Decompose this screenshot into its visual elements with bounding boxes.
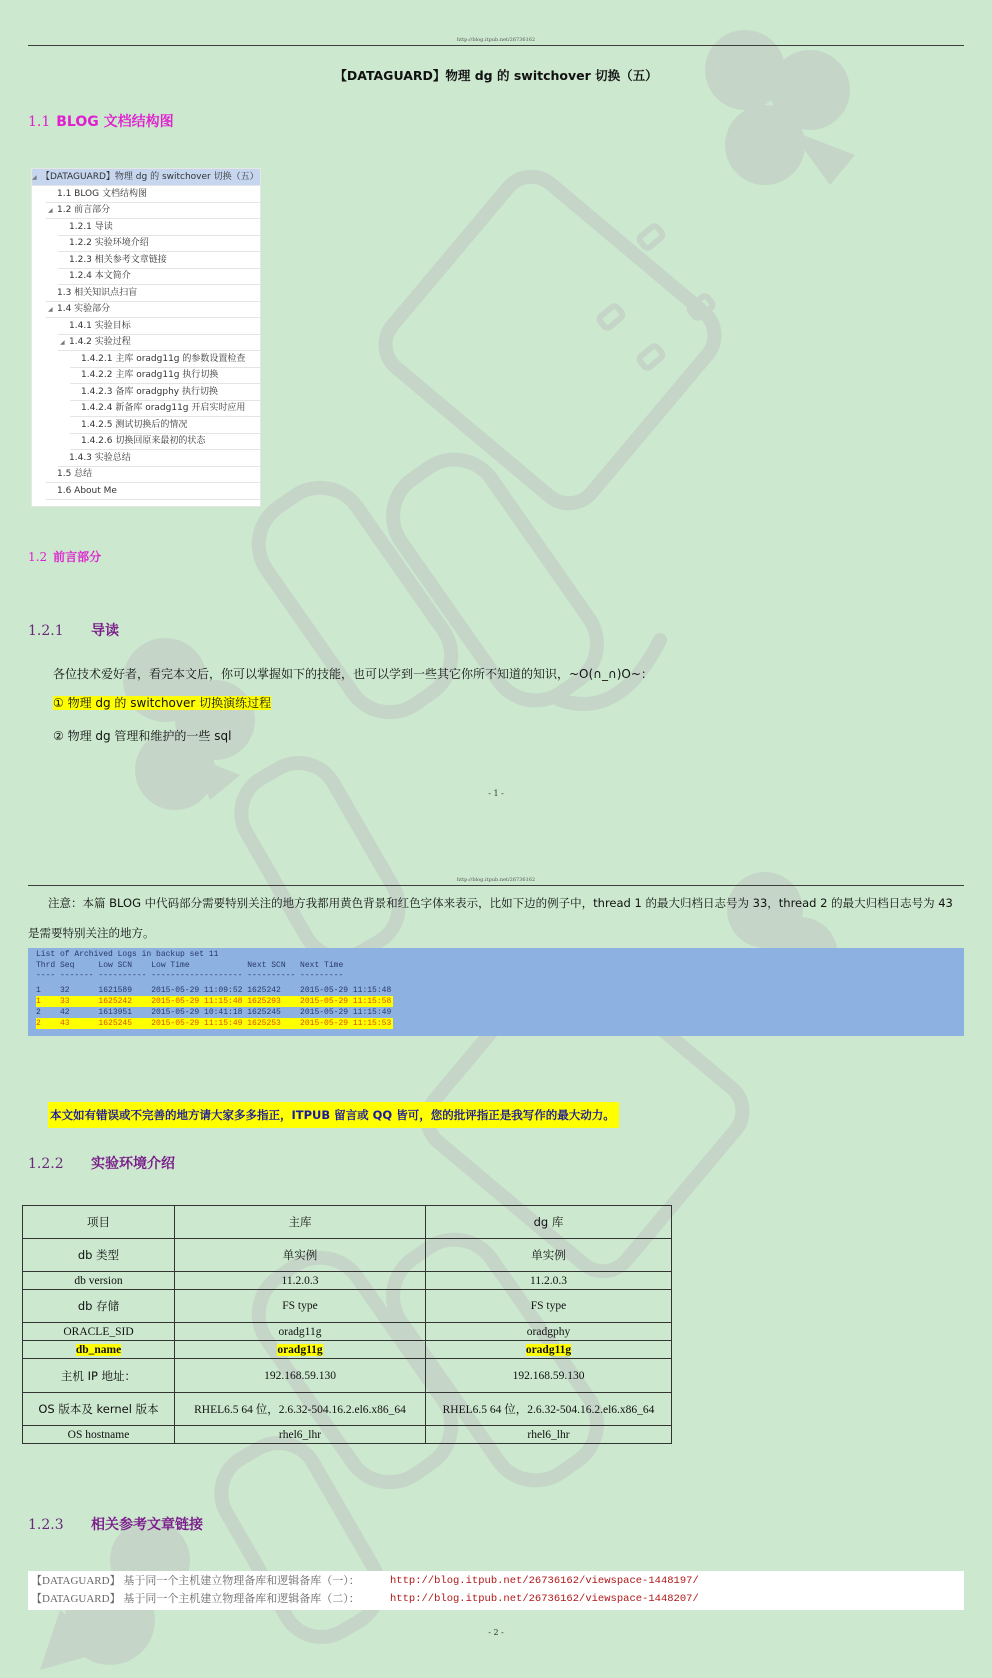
- table-header-cell: 主库: [175, 1206, 426, 1239]
- reference-link-url[interactable]: http://blog.itpub.net/26736162/viewspace…: [390, 1572, 699, 1590]
- table-cell: oradg11g: [175, 1323, 426, 1341]
- outline-item[interactable]: 1.4.2.4 新备库 oradg11g 开启实时应用: [70, 400, 260, 417]
- note-paragraph-line1: 注意：本篇 BLOG 中代码部分需要特别关注的地方我都用黄色背景和红色字体来表示…: [48, 895, 953, 911]
- outline-item[interactable]: 1.4.2.5 测试切换后的情况: [70, 417, 260, 434]
- outline-item[interactable]: ◢【DATAGUARD】物理 dg 的 switchover 切换（五）: [32, 169, 260, 186]
- table-cell: RHEL6.5 64 位，2.6.32-504.16.2.el6.x86_64: [426, 1393, 672, 1426]
- code-row: 2 42 1613951 2015-05-29 10:41:18 1625245…: [36, 1007, 391, 1018]
- header-divider: [28, 885, 964, 886]
- outline-item-label: 1.2.1 导读: [69, 222, 113, 232]
- table-cell: 11.2.0.3: [175, 1272, 426, 1290]
- skill-item-2: ② 物理 dg 管理和维护的一些 sql: [53, 727, 231, 744]
- table-cell: FS type: [175, 1290, 426, 1323]
- outline-item[interactable]: 1.2.4 本文简介: [58, 268, 260, 285]
- outline-item[interactable]: 1.5 总结: [46, 466, 260, 483]
- outline-item[interactable]: 1.2.3 相关参考文章链接: [58, 252, 260, 269]
- table-cell: oradgphy: [426, 1323, 672, 1341]
- table-cell: oradg11g: [426, 1341, 672, 1359]
- page-header-url: http://blog.itpub.net/26736162: [0, 37, 992, 43]
- outline-item-label: 1.4.1 实验目标: [69, 321, 131, 331]
- outline-item[interactable]: 1.2.2 实验环境介绍: [58, 235, 260, 252]
- outline-item[interactable]: 1.2.1 导读: [58, 219, 260, 236]
- outline-item-label: 1.4.2.3 备库 oradgphy 执行切换: [81, 387, 218, 397]
- feedback-notice: 本文如有错误或不完善的地方请大家多多指正，ITPUB 留言或 QQ 皆可，您的批…: [48, 1102, 619, 1128]
- header-divider: [28, 45, 964, 46]
- outline-item-label: 1.4.3 实验总结: [69, 453, 131, 463]
- code-row: 2 43 1625245 2015-05-29 11:15:49 1625253…: [36, 1018, 393, 1029]
- table-cell: RHEL6.5 64 位，2.6.32-504.16.2.el6.x86_64: [175, 1393, 426, 1426]
- outline-item-label: 1.4.2.4 新备库 oradg11g 开启实时应用: [81, 403, 245, 413]
- outline-item[interactable]: 1.4.2.1 主库 oradg11g 的参数设置检查: [70, 351, 260, 368]
- page-number: - 1 -: [0, 789, 992, 798]
- table-cell: OS hostname: [23, 1426, 175, 1444]
- outline-item[interactable]: ◢1.4 实验部分: [46, 301, 260, 318]
- outline-item-label: 1.4.2.5 测试切换后的情况: [81, 420, 187, 430]
- table-cell: 主机 IP 地址：: [23, 1359, 175, 1393]
- skill-item-1: ① 物理 dg 的 switchover 切换演练过程: [53, 694, 271, 711]
- table-cell: db 存储: [23, 1290, 175, 1323]
- table-cell: 192.168.59.130: [426, 1359, 672, 1393]
- section-heading-1-2-3: 1.2.3相关参考文章链接: [28, 1514, 203, 1534]
- outline-item[interactable]: 1.4.2.6 切换回原来最初的状态: [70, 433, 260, 450]
- outline-item-label: 【DATAGUARD】物理 dg 的 switchover 切换（五）: [41, 172, 259, 182]
- outline-item-label: 1.3 相关知识点扫盲: [57, 288, 137, 298]
- environment-table: 项目主库dg 库db 类型单实例单实例db version11.2.0.311.…: [22, 1205, 672, 1444]
- code-block: List of Archived Logs in backup set 11 T…: [28, 948, 964, 1036]
- outline-item[interactable]: 1.4.1 实验目标: [58, 318, 260, 335]
- table-row: OS 版本及 kernel 版本RHEL6.5 64 位，2.6.32-504.…: [23, 1393, 672, 1426]
- table-row: db 类型单实例单实例: [23, 1239, 672, 1272]
- table-row: ORACLE_SIDoradg11goradgphy: [23, 1323, 672, 1341]
- outline-item-label: 1.1 BLOG 文档结构图: [57, 189, 147, 199]
- code-separator: ---- ------- ---------- ----------------…: [36, 970, 343, 981]
- outline-item-label: 1.4.2 实验过程: [69, 337, 131, 347]
- table-header-row: 项目主库dg 库: [23, 1206, 672, 1239]
- section-heading-1-2: 1.2前言部分: [28, 548, 101, 565]
- outline-item-label: 1.4.2.6 切换回原来最初的状态: [81, 436, 205, 446]
- code-row: 1 33 1625242 2015-05-29 11:15:48 1625293…: [36, 996, 393, 1007]
- table-header-cell: dg 库: [426, 1206, 672, 1239]
- outline-item-label: 1.6 About Me: [57, 486, 117, 496]
- expand-triangle-icon[interactable]: ◢: [32, 170, 41, 186]
- reference-link-label: 【DATAGUARD】 基于同一个主机建立物理备库和逻辑备库（一）：: [31, 1575, 360, 1587]
- reference-links-box: 【DATAGUARD】 基于同一个主机建立物理备库和逻辑备库（一）： http:…: [28, 1571, 964, 1610]
- table-cell: oradg11g: [175, 1341, 426, 1359]
- outline-item-label: 1.2.4 本文简介: [69, 271, 131, 281]
- reference-link-row: 【DATAGUARD】 基于同一个主机建立物理备库和逻辑备库（一）： http:…: [31, 1572, 360, 1590]
- outline-item[interactable]: 1.4.2.2 主库 oradg11g 执行切换: [70, 367, 260, 384]
- section-heading-1-1: 1.1BLOG 文档结构图: [28, 111, 174, 131]
- page-number: - 2 -: [0, 1628, 992, 1637]
- code-title: List of Archived Logs in backup set 11: [36, 949, 218, 960]
- expand-triangle-icon[interactable]: ◢: [48, 302, 57, 318]
- table-cell: 单实例: [175, 1239, 426, 1272]
- outline-item-label: 1.2.2 实验环境介绍: [69, 238, 149, 248]
- table-cell: 11.2.0.3: [426, 1272, 672, 1290]
- outline-item[interactable]: ◢1.4.2 实验过程: [58, 334, 260, 351]
- table-row: OS hostnamerhel6_lhrrhel6_lhr: [23, 1426, 672, 1444]
- outline-item-label: 1.4.2.2 主库 oradg11g 执行切换: [81, 370, 218, 380]
- outline-item[interactable]: 1.4.2.3 备库 oradgphy 执行切换: [70, 384, 260, 401]
- table-cell: db 类型: [23, 1239, 175, 1272]
- outline-item-label: 1.5 总结: [57, 469, 92, 479]
- outline-item-label: 1.2.3 相关参考文章链接: [69, 255, 167, 265]
- table-cell: 192.168.59.130: [175, 1359, 426, 1393]
- table-cell: FS type: [426, 1290, 672, 1323]
- reference-link-row: 【DATAGUARD】 基于同一个主机建立物理备库和逻辑备库（二）： http:…: [31, 1590, 360, 1608]
- table-row: db 存储FS typeFS type: [23, 1290, 672, 1323]
- section-heading-1-2-1: 1.2.1导读: [28, 620, 119, 640]
- table-cell: ORACLE_SID: [23, 1323, 175, 1341]
- expand-triangle-icon[interactable]: ◢: [48, 203, 57, 219]
- outline-item[interactable]: 1.6 About Me: [46, 483, 260, 500]
- table-row: db version11.2.0.311.2.0.3: [23, 1272, 672, 1290]
- table-cell: rhel6_lhr: [426, 1426, 672, 1444]
- outline-item[interactable]: 1.1 BLOG 文档结构图: [46, 186, 260, 203]
- table-cell: OS 版本及 kernel 版本: [23, 1393, 175, 1426]
- table-row: 主机 IP 地址：192.168.59.130192.168.59.130: [23, 1359, 672, 1393]
- code-row: 1 32 1621589 2015-05-29 11:09:52 1625242…: [36, 985, 391, 996]
- expand-triangle-icon[interactable]: ◢: [60, 335, 69, 351]
- table-cell: rhel6_lhr: [175, 1426, 426, 1444]
- outline-item-label: 1.2 前言部分: [57, 205, 110, 215]
- note-paragraph-line2: 是需要特别关注的地方。: [28, 925, 155, 941]
- section-heading-1-2-2: 1.2.2实验环境介绍: [28, 1153, 175, 1173]
- outline-item-label: 1.4.2.1 主库 oradg11g 的参数设置检查: [81, 354, 245, 364]
- reference-link-url[interactable]: http://blog.itpub.net/26736162/viewspace…: [390, 1590, 699, 1608]
- reference-link-label: 【DATAGUARD】 基于同一个主机建立物理备库和逻辑备库（二）：: [31, 1593, 360, 1605]
- table-header-cell: 项目: [23, 1206, 175, 1239]
- table-row: db_nameoradg11goradg11g: [23, 1341, 672, 1359]
- document-outline-panel: ◢【DATAGUARD】物理 dg 的 switchover 切换（五）1.1 …: [31, 168, 261, 507]
- table-cell: 单实例: [426, 1239, 672, 1272]
- outline-item[interactable]: ◢1.2 前言部分: [46, 202, 260, 219]
- document-title: 【DATAGUARD】物理 dg 的 switchover 切换（五）: [0, 66, 992, 84]
- outline-item-label: 1.4 实验部分: [57, 304, 110, 314]
- intro-paragraph: 各位技术爱好者，看完本文后，你可以掌握如下的技能，也可以学到一些其它你所不知道的…: [53, 665, 653, 682]
- outline-item[interactable]: 1.3 相关知识点扫盲: [46, 285, 260, 302]
- page-header-url: http://blog.itpub.net/26736162: [0, 877, 992, 883]
- outline-item[interactable]: 1.4.3 实验总结: [58, 450, 260, 467]
- table-cell: db_name: [23, 1341, 175, 1359]
- table-cell: db version: [23, 1272, 175, 1290]
